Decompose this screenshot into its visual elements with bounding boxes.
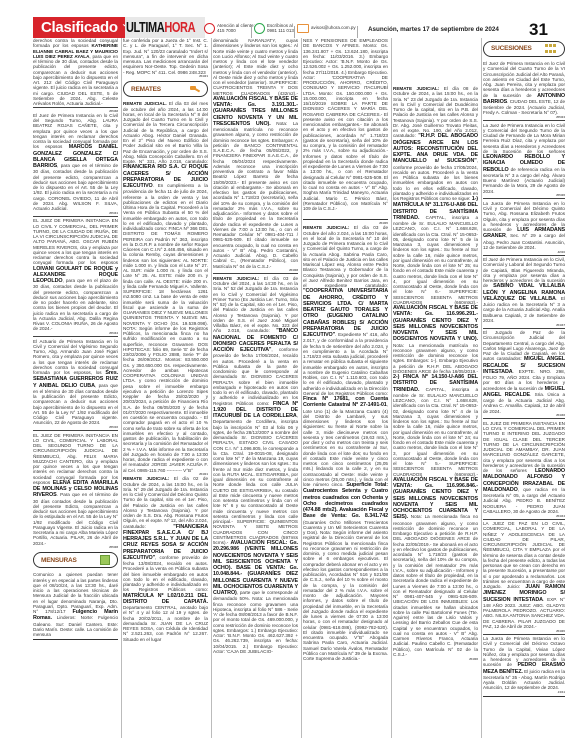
section-label: SUCESIONES	[491, 46, 532, 51]
map-icon	[100, 555, 110, 565]
contact-phone-number[interactable]: 415 7000	[217, 28, 255, 34]
header-divider	[251, 26, 252, 38]
notice: Comunico a quienes puedan tener interés …	[33, 572, 118, 637]
notice: derechos contra la sociedad conyugal for…	[33, 38, 118, 106]
page-number: 31	[529, 20, 548, 40]
notice-code: J54/44	[483, 515, 565, 518]
notice-code: J54/21	[123, 75, 208, 78]
notice-code: J55/16	[33, 426, 118, 429]
section-label: REMATES	[131, 87, 161, 92]
paper-logo: ULTIMAHORA	[126, 20, 195, 36]
notice: EL JUEZ DE PRIMERA INSTANCIA EN LO CIVIL…	[483, 421, 565, 514]
family-tree-icon	[545, 44, 557, 54]
classifieds-columns: derechos contra la sociedad conyugal for…	[33, 38, 565, 738]
notice-code: J2/10	[483, 251, 565, 254]
column-end-rule	[483, 696, 565, 697]
notice-divider	[483, 328, 565, 329]
paper-logo-ultima: ULTIMA	[126, 20, 164, 36]
whatsapp-icon	[254, 23, 265, 34]
notice: El Juzgado de Paz de la Circunscripción …	[483, 330, 565, 414]
notice-divider	[33, 107, 118, 108]
contact-email-address[interactable]: avisos@uhora.com.py	[311, 25, 356, 31]
column-6: SUCESIONES El Juez de Primera Instancia …	[483, 38, 565, 699]
notice: La Jueza de Primera Instancia en lo Civi…	[483, 201, 565, 250]
notice-code: J54/08	[213, 269, 298, 272]
section-header-sucesiones: SUCESIONES	[483, 41, 565, 57]
notice-divider	[213, 273, 298, 274]
notice-code: J54/47	[483, 324, 565, 327]
notice: LA JUEZ DE PAZ EN LO CIVIL, COMERCIAL, L…	[483, 521, 565, 629]
notice-divider	[483, 634, 565, 635]
notice-code: J54/06	[393, 658, 478, 661]
column-4: NES Y PENSIONES DE EMPLEADOS DE BANCOS Y…	[303, 38, 388, 662]
header-divider	[357, 26, 358, 38]
notice: NES Y PENSIONES DE EMPLEADOS DE BANCOS Y…	[303, 38, 388, 211]
column-3: denominado NARANJATY, cuyas dimensiones …	[213, 38, 298, 655]
column-divider	[121, 38, 122, 738]
phone-icon	[204, 23, 215, 34]
section-label: MENSURAS	[41, 558, 77, 563]
notice: REMATE JUDICIAL: El día 03 de Octubre de…	[213, 276, 298, 654]
notice-code: J4/11	[483, 691, 565, 694]
paper-logo-hora: HORA	[164, 20, 195, 36]
column-divider	[391, 38, 392, 738]
notice: El Juez de Primera Instancia en lo Civil…	[33, 113, 118, 212]
notice: REMATE JUDICIAL: El día 03 de Octubre de…	[303, 225, 388, 661]
notice: REMATE JUDICIAL. El día 03 del mes de oc…	[123, 101, 208, 473]
section-header-remates: REMATES	[123, 81, 208, 97]
contact-email: avisos@uhora.com.py	[297, 17, 356, 39]
notice-divider	[483, 255, 565, 256]
notice-code: J54/46	[483, 414, 565, 417]
column-1: derechos contra la sociedad conyugal for…	[33, 38, 118, 642]
notice-code: J55/34	[33, 332, 118, 335]
notice: La Juez de Primera Instancia en lo Civil…	[483, 123, 565, 194]
notice: REMATE JUDICIAL: El día 02 de Octubre de…	[123, 476, 208, 642]
header-divider	[294, 26, 295, 38]
notice-divider	[33, 216, 118, 217]
column-divider	[481, 38, 482, 738]
section-header-mensuras: MENSURAS	[33, 552, 118, 568]
notice: EL JUEZ DE PRIMERA INSTANCIA EN LO CIVIL…	[33, 433, 118, 546]
notice: La Jueza de Primera Instancia en lo Civi…	[483, 636, 565, 691]
envelope-icon	[297, 24, 309, 33]
notice: El Juez de Primera Instancia en lo Civil…	[483, 257, 565, 323]
notice-divider	[483, 519, 565, 520]
notice-code: J55/24	[483, 116, 565, 119]
notice-divider	[483, 418, 565, 419]
notice-divider	[33, 336, 118, 337]
dateline: Asunción, martes 17 de septiembre de 202…	[368, 26, 499, 33]
notice-code: J55/28	[33, 546, 118, 549]
notice-code: J55/26	[483, 194, 565, 197]
notice: EL JUEZ DE PRIMERA INSTANCIA EN LO CIVIL…	[33, 218, 118, 331]
notice-divider	[483, 198, 565, 199]
notice-divider	[303, 219, 388, 220]
notice-divider	[33, 430, 118, 431]
notice: REMATE JUDICIAL: El día 08 de Octubre de…	[393, 86, 478, 657]
notice-code: J54/20	[483, 630, 565, 633]
notice: El Actuario de Primera Instancia en lo C…	[33, 339, 118, 426]
contact-whatsapp-number[interactable]: 0981 111 013	[267, 28, 294, 34]
column-divider	[301, 38, 302, 738]
notice: fue conferida por a Jueza de 1° Inst. C.…	[123, 38, 208, 75]
notice: denominado NARANJATY, cuyas dimensiones …	[213, 38, 298, 269]
page-header: Clasificados ULTIMAHORA Atención al clie…	[0, 0, 580, 38]
column-5: REMATE JUDICIAL: El día 08 de Octubre de…	[393, 86, 478, 661]
notice-code: J55/31	[33, 212, 118, 215]
notice-divider	[483, 120, 565, 121]
notice: El Juez de Primera Instancia en lo Civil…	[483, 61, 565, 116]
column-end-rule	[33, 639, 118, 640]
column-divider	[211, 38, 212, 738]
contact-whatsapp: Escríbinos al 0981 111 013	[254, 17, 294, 39]
contact-phone: Atención al cliente: 415 7000	[204, 17, 255, 39]
column-2: fue conferida por a Jueza de 1° Inst. C.…	[123, 38, 208, 642]
gavel-icon	[188, 85, 200, 94]
